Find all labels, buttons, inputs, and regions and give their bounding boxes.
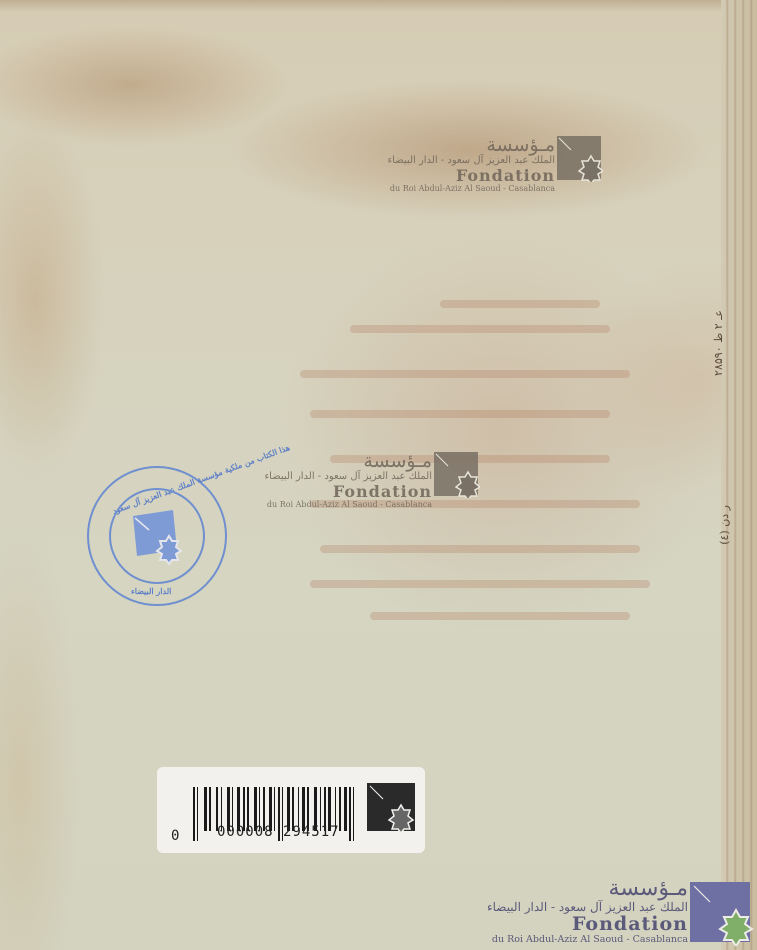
foundation-logo-icon — [690, 882, 754, 946]
margin-note-upper: عـ ۲ ظ ۲۸۵۹۰ — [712, 310, 725, 376]
margin-note-lower: ر دن (٤) — [718, 505, 731, 545]
foundation-logo-icon — [434, 452, 480, 498]
foundation-watermark-middle: مـؤسسة الملك عبد العزيز آل سعود - الدار … — [262, 452, 480, 502]
watermark-french-title: Fondation — [487, 914, 688, 934]
stamp-bottom-text: الدار البيضاء — [131, 586, 171, 596]
page-top-edge — [0, 0, 757, 12]
stamp-inner-ring — [109, 488, 205, 584]
barcode-lead-digit: 0 — [171, 828, 179, 844]
watermark-french-subtitle: du Roi Abdul-Aziz Al Saoud - Casablanca — [264, 500, 432, 510]
foundation-watermark-bottom: مـؤسسة الملك عبد العزيز آل سعود - الدار … — [482, 878, 754, 946]
foundation-logo-icon — [557, 136, 603, 182]
foundation-watermark-top: مـؤسسة الملك عبد العزيز آل سعود - الدار … — [375, 136, 603, 186]
watermark-arabic-title: مـؤسسة — [264, 452, 432, 471]
watermark-french-subtitle: du Roi Abdul-Aziz Al Saoud - Casablanca — [387, 184, 555, 194]
barcode-number: 000008 294517 — [217, 824, 340, 840]
foundation-logo-icon — [127, 506, 187, 566]
faded-bleed-through-text — [290, 260, 670, 640]
watermark-french-title: Fondation — [264, 483, 432, 500]
ownership-stamp: هذا الكتاب من ملكية مؤسسة الملك عبد العز… — [87, 466, 227, 606]
watermark-arabic-subtitle: الملك عبد العزيز آل سعود - الدار البيضاء — [487, 900, 688, 914]
watermark-arabic-title: مـؤسسة — [487, 878, 688, 900]
watermark-french-subtitle: du Roi Abdul-Aziz Al Saoud - Casablanca — [487, 934, 688, 945]
watermark-french-title: Fondation — [387, 167, 555, 184]
binding-spine — [721, 0, 757, 950]
foundation-logo-icon — [367, 783, 417, 833]
barcode-label: 0 000008 294517 — [157, 767, 425, 853]
watermark-arabic-title: مـؤسسة — [387, 136, 555, 155]
manuscript-page: عـ ۲ ظ ۲۸۵۹۰ ر دن (٤) مـؤسسة الملك عبد ا… — [0, 0, 757, 950]
